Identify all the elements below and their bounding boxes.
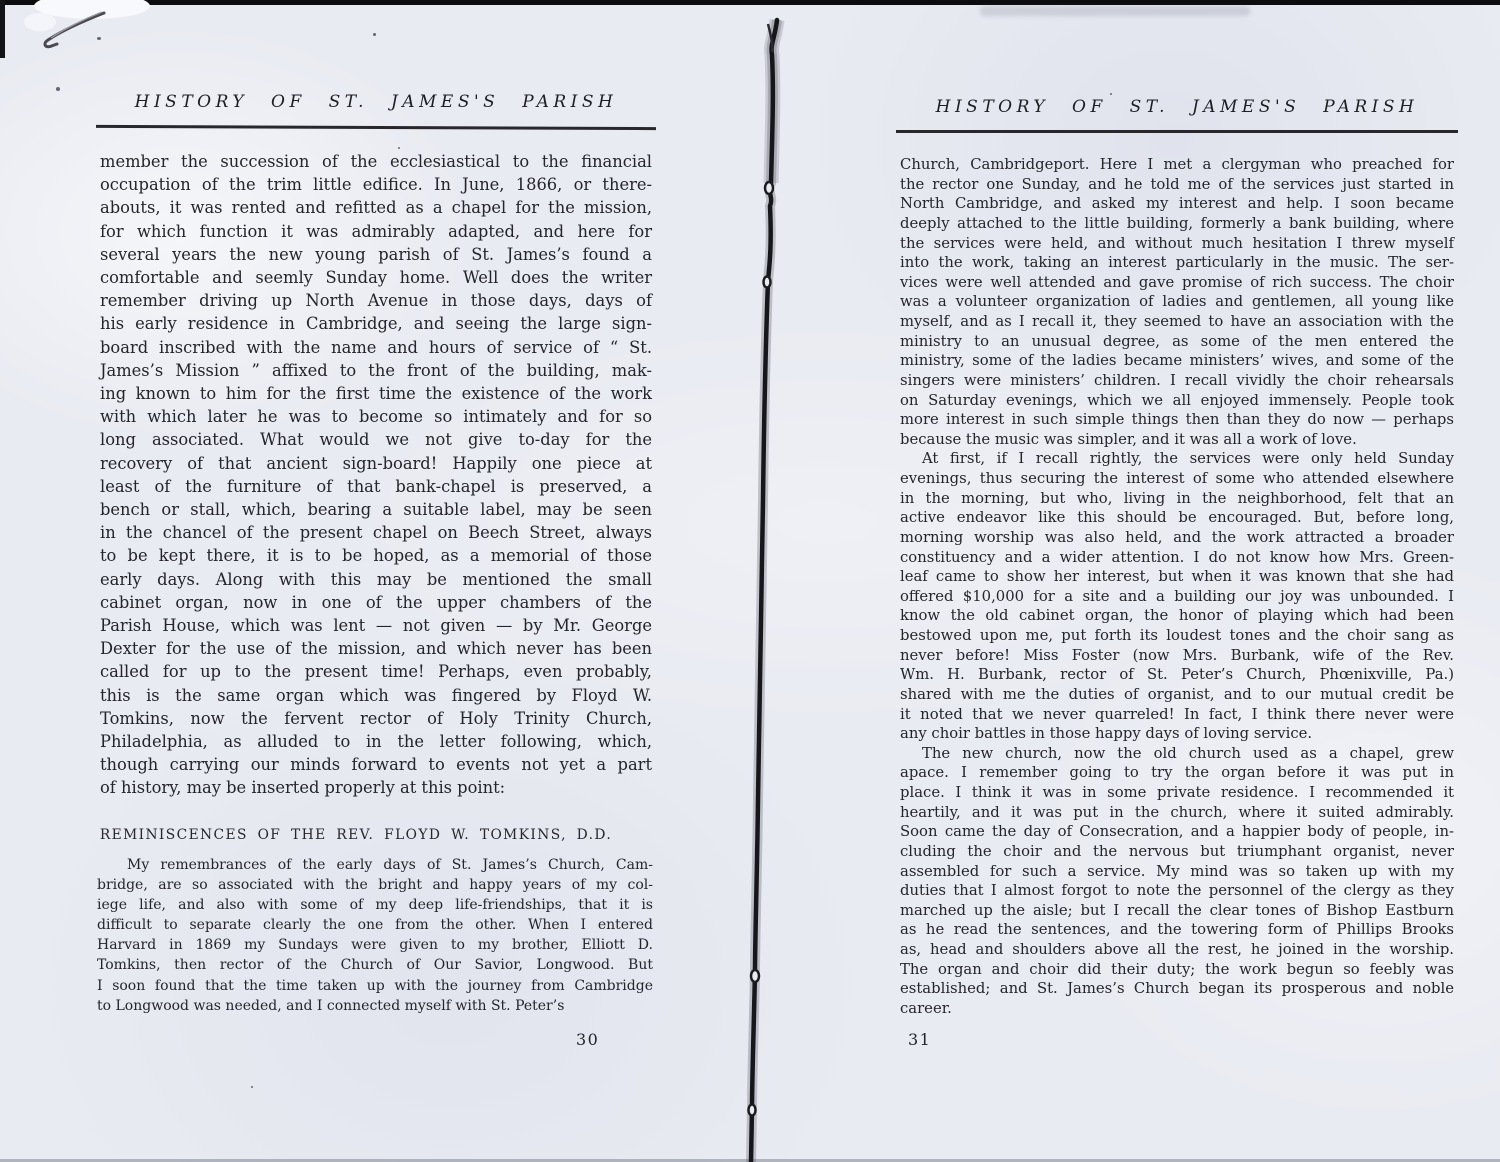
text-line: singers were ministers’ children. I reca…: [900, 371, 1454, 391]
text-line: shared with me the duties of organist, a…: [900, 685, 1454, 705]
text-line: ministry to an unusual degree, as some o…: [900, 332, 1454, 352]
text-line: Harvard in 1869 my Sundays were given to…: [97, 935, 653, 955]
header-rule: [896, 130, 1458, 133]
text-line: to be kept there, it is to be hoped, as …: [100, 544, 652, 567]
text-line: to Longwood was needed, and I connected …: [97, 996, 653, 1016]
text-line: as he read the sentences, and the toweri…: [900, 920, 1454, 940]
text-line: The new church, now the old church used …: [900, 744, 1454, 764]
text-line: Philadelphia, as alluded to in the lette…: [100, 730, 652, 753]
text-line: bench or stall, which, bearing a suitabl…: [100, 498, 652, 521]
text-line: the rector one Sunday, and he told me of…: [900, 175, 1454, 195]
text-line: for which function it was admirably adap…: [100, 220, 652, 243]
text-line: At first, if I recall rightly, the servi…: [900, 449, 1454, 469]
left-page-letter-text: My remembrances of the early days of St.…: [97, 855, 653, 1016]
text-line: Tomkins, now the fervent rector of Holy …: [100, 707, 652, 730]
text-line: was a volunteer organization of ladies a…: [900, 292, 1454, 312]
text-line: abouts, it was rented and refitted as a …: [100, 196, 652, 219]
text-line: ministry, some of the ladies became mini…: [900, 351, 1454, 371]
text-line: cabinet organ, now in one of the upper c…: [100, 591, 652, 614]
text-line: in the chancel of the present chapel on …: [100, 521, 652, 544]
text-line: several years the new young parish of St…: [100, 243, 652, 266]
left-page: HISTORY OF ST. JAMES'S PARISH member the…: [100, 0, 652, 1162]
text-line: North Cambridge, and asked my interest a…: [900, 194, 1454, 214]
header-rule: [96, 125, 656, 130]
text-line: offered $10,000 for a site and a buildin…: [900, 587, 1454, 607]
text-line: active endeavor like this should be enco…: [900, 508, 1454, 528]
scan-edge-left-artifact: [0, 0, 5, 58]
text-line: cluding the choir and the nervous but tr…: [900, 842, 1454, 862]
text-line: bestowed upon me, put forth its loudest …: [900, 626, 1454, 646]
text-line: remember driving up North Avenue in thos…: [100, 289, 652, 312]
text-line: with which later he was to become so int…: [100, 405, 652, 428]
page-number: 30: [576, 1030, 599, 1049]
text-line: Dexter for the use of the mission, and w…: [100, 637, 652, 660]
text-line: James’s Mission ” affixed to the front o…: [100, 359, 652, 382]
text-line: it noted that we never quarreled! In fac…: [900, 705, 1454, 725]
text-line: career.: [900, 999, 1454, 1019]
text-line: this is the same organ which was fingere…: [100, 684, 652, 707]
text-line: Parish House, which was lent — not given…: [100, 614, 652, 637]
text-line: know the old cabinet organ, the honor of…: [900, 606, 1454, 626]
text-line: assembled for such a service. My mind wa…: [900, 862, 1454, 882]
text-line: myself, and as I recall it, they seemed …: [900, 312, 1454, 332]
text-line: long associated. What would we not give …: [100, 428, 652, 451]
text-line: his early residence in Cambridge, and se…: [100, 312, 652, 335]
book-scan: HISTORY OF ST. JAMES'S PARISH member the…: [0, 0, 1500, 1162]
text-line: deeply attached to the little building, …: [900, 214, 1454, 234]
text-line: evenings, thus securing the interest of …: [900, 469, 1454, 489]
running-header: HISTORY OF ST. JAMES'S PARISH: [100, 92, 652, 112]
text-line: as, head and shoulders above all the res…: [900, 940, 1454, 960]
running-header: HISTORY OF ST. JAMES'S PARISH: [900, 97, 1454, 117]
text-line: any choir battles in those happy days of…: [900, 724, 1454, 744]
text-line: marched up the aisle; but I recall the c…: [900, 901, 1454, 921]
right-page-body-text: Church, Cambridgeport. Here I met a cler…: [900, 155, 1454, 1019]
text-line: Wm. H. Burbank, rector of St. Peter’s Ch…: [900, 665, 1454, 685]
text-line: duties that I almost forgot to note the …: [900, 881, 1454, 901]
text-line: Church, Cambridgeport. Here I met a cler…: [900, 155, 1454, 175]
text-line: never before! Miss Foster (now Mrs. Burb…: [900, 646, 1454, 666]
page-number: 31: [908, 1030, 931, 1049]
text-line: least of the furniture of that bank-chap…: [100, 475, 652, 498]
text-line: member the succession of the ecclesiasti…: [100, 150, 652, 173]
text-line: apace. I remember going to try the organ…: [900, 763, 1454, 783]
text-line: I soon found that the time taken up with…: [97, 976, 653, 996]
text-line: called for up to the present time! Perha…: [100, 660, 652, 683]
text-line: established; and St. James’s Church bega…: [900, 979, 1454, 999]
text-line: ing known to him for the first time the …: [100, 382, 652, 405]
left-page-body-text: member the succession of the ecclesiasti…: [100, 150, 652, 800]
text-line: more interest in such simple things then…: [900, 410, 1454, 430]
text-line: in the morning, but who, living in the n…: [900, 489, 1454, 509]
text-line: occupation of the trim little edifice. I…: [100, 173, 652, 196]
text-line: the services were held, and without much…: [900, 234, 1454, 254]
text-line: morning worship was also held, and the w…: [900, 528, 1454, 548]
scan-speck-artifact: [56, 87, 60, 91]
text-line: board inscribed with the name and hours …: [100, 336, 652, 359]
text-line: because the music was simpler, and it wa…: [900, 430, 1454, 450]
text-line: heartily, and it was put in the church, …: [900, 803, 1454, 823]
text-line: place. I think it was in some private re…: [900, 783, 1454, 803]
text-line: though carrying our minds forward to eve…: [100, 753, 652, 776]
text-line: into the work, taking an interest partic…: [900, 253, 1454, 273]
text-line: recovery of that ancient sign-board! Hap…: [100, 452, 652, 475]
letter-section-heading: REMINISCENCES OF THE REV. FLOYD W. TOMKI…: [80, 827, 632, 843]
text-line: constituency and a wider attention. I do…: [900, 548, 1454, 568]
text-line: comfortable and seemly Sunday home. Well…: [100, 266, 652, 289]
text-line: difficult to separate clearly the one fr…: [97, 915, 653, 935]
text-line: The organ and choir did their duty; the …: [900, 960, 1454, 980]
text-line: bridge, are so associated with the brigh…: [97, 875, 653, 895]
text-line: Tomkins, then rector of the Church of Ou…: [97, 955, 653, 975]
text-line: of history, may be inserted properly at …: [100, 776, 652, 799]
text-line: vices were well attended and gave promis…: [900, 273, 1454, 293]
text-line: on Saturday evenings, which we all enjoy…: [900, 391, 1454, 411]
text-line: Soon came the day of Consecration, and a…: [900, 822, 1454, 842]
text-line: early days. Along with this may be menti…: [100, 568, 652, 591]
text-line: iege life, and also with some of my deep…: [97, 895, 653, 915]
text-line: My remembrances of the early days of St.…: [97, 855, 653, 875]
right-page: HISTORY OF ST. JAMES'S PARISH Church, Ca…: [900, 0, 1454, 1162]
text-line: leaf came to show her interest, but when…: [900, 567, 1454, 587]
